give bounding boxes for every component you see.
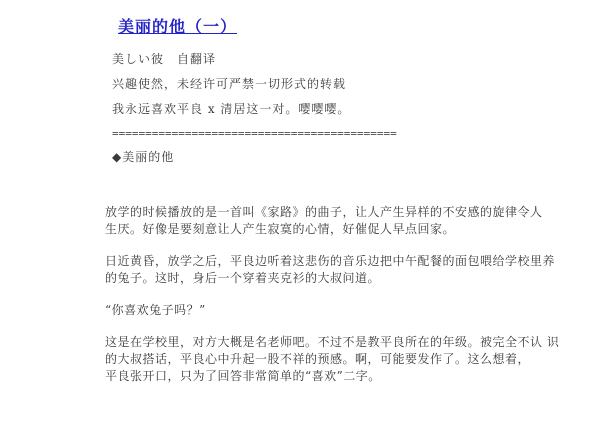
story-paragraph-3: 这是在学校里，对方大概是名老师吧。不过不是教平良所在的年级。被完全不认 识 的大…	[105, 334, 596, 385]
section-heading: ◆美丽的他	[112, 151, 596, 164]
divider-line: ========================================…	[112, 128, 596, 139]
story-paragraph-2: 日近黄昏，放学之后，平良边听着这悲伤的音乐边把中午配餐的面包喂给学校里养 的兔子…	[105, 253, 596, 287]
story-paragraph-1: 放学的时候播放的是一首叫《家路》的曲子，让人产生异样的不安感的旋律令人 生厌。好…	[105, 204, 596, 238]
pairing-note: 我永远喜欢平良 x 清居这一对。嘤嘤嘤。	[112, 103, 596, 115]
post-title-link[interactable]: 美丽的他（一）	[118, 14, 237, 37]
translation-subtitle: 美しい彼 自翻译	[112, 53, 596, 65]
reprint-notice: 兴趣使然，未经许可严禁一切形式的转载	[112, 78, 596, 90]
story-dialogue-line: “你喜欢兔子吗？”	[105, 302, 596, 319]
story-body: 放学的时候播放的是一首叫《家路》的曲子，让人产生异样的不安感的旋律令人 生厌。好…	[105, 204, 596, 385]
document-page: 美丽的他（一） 美しい彼 自翻译 兴趣使然，未经许可严禁一切形式的转载 我永远喜…	[0, 0, 598, 423]
